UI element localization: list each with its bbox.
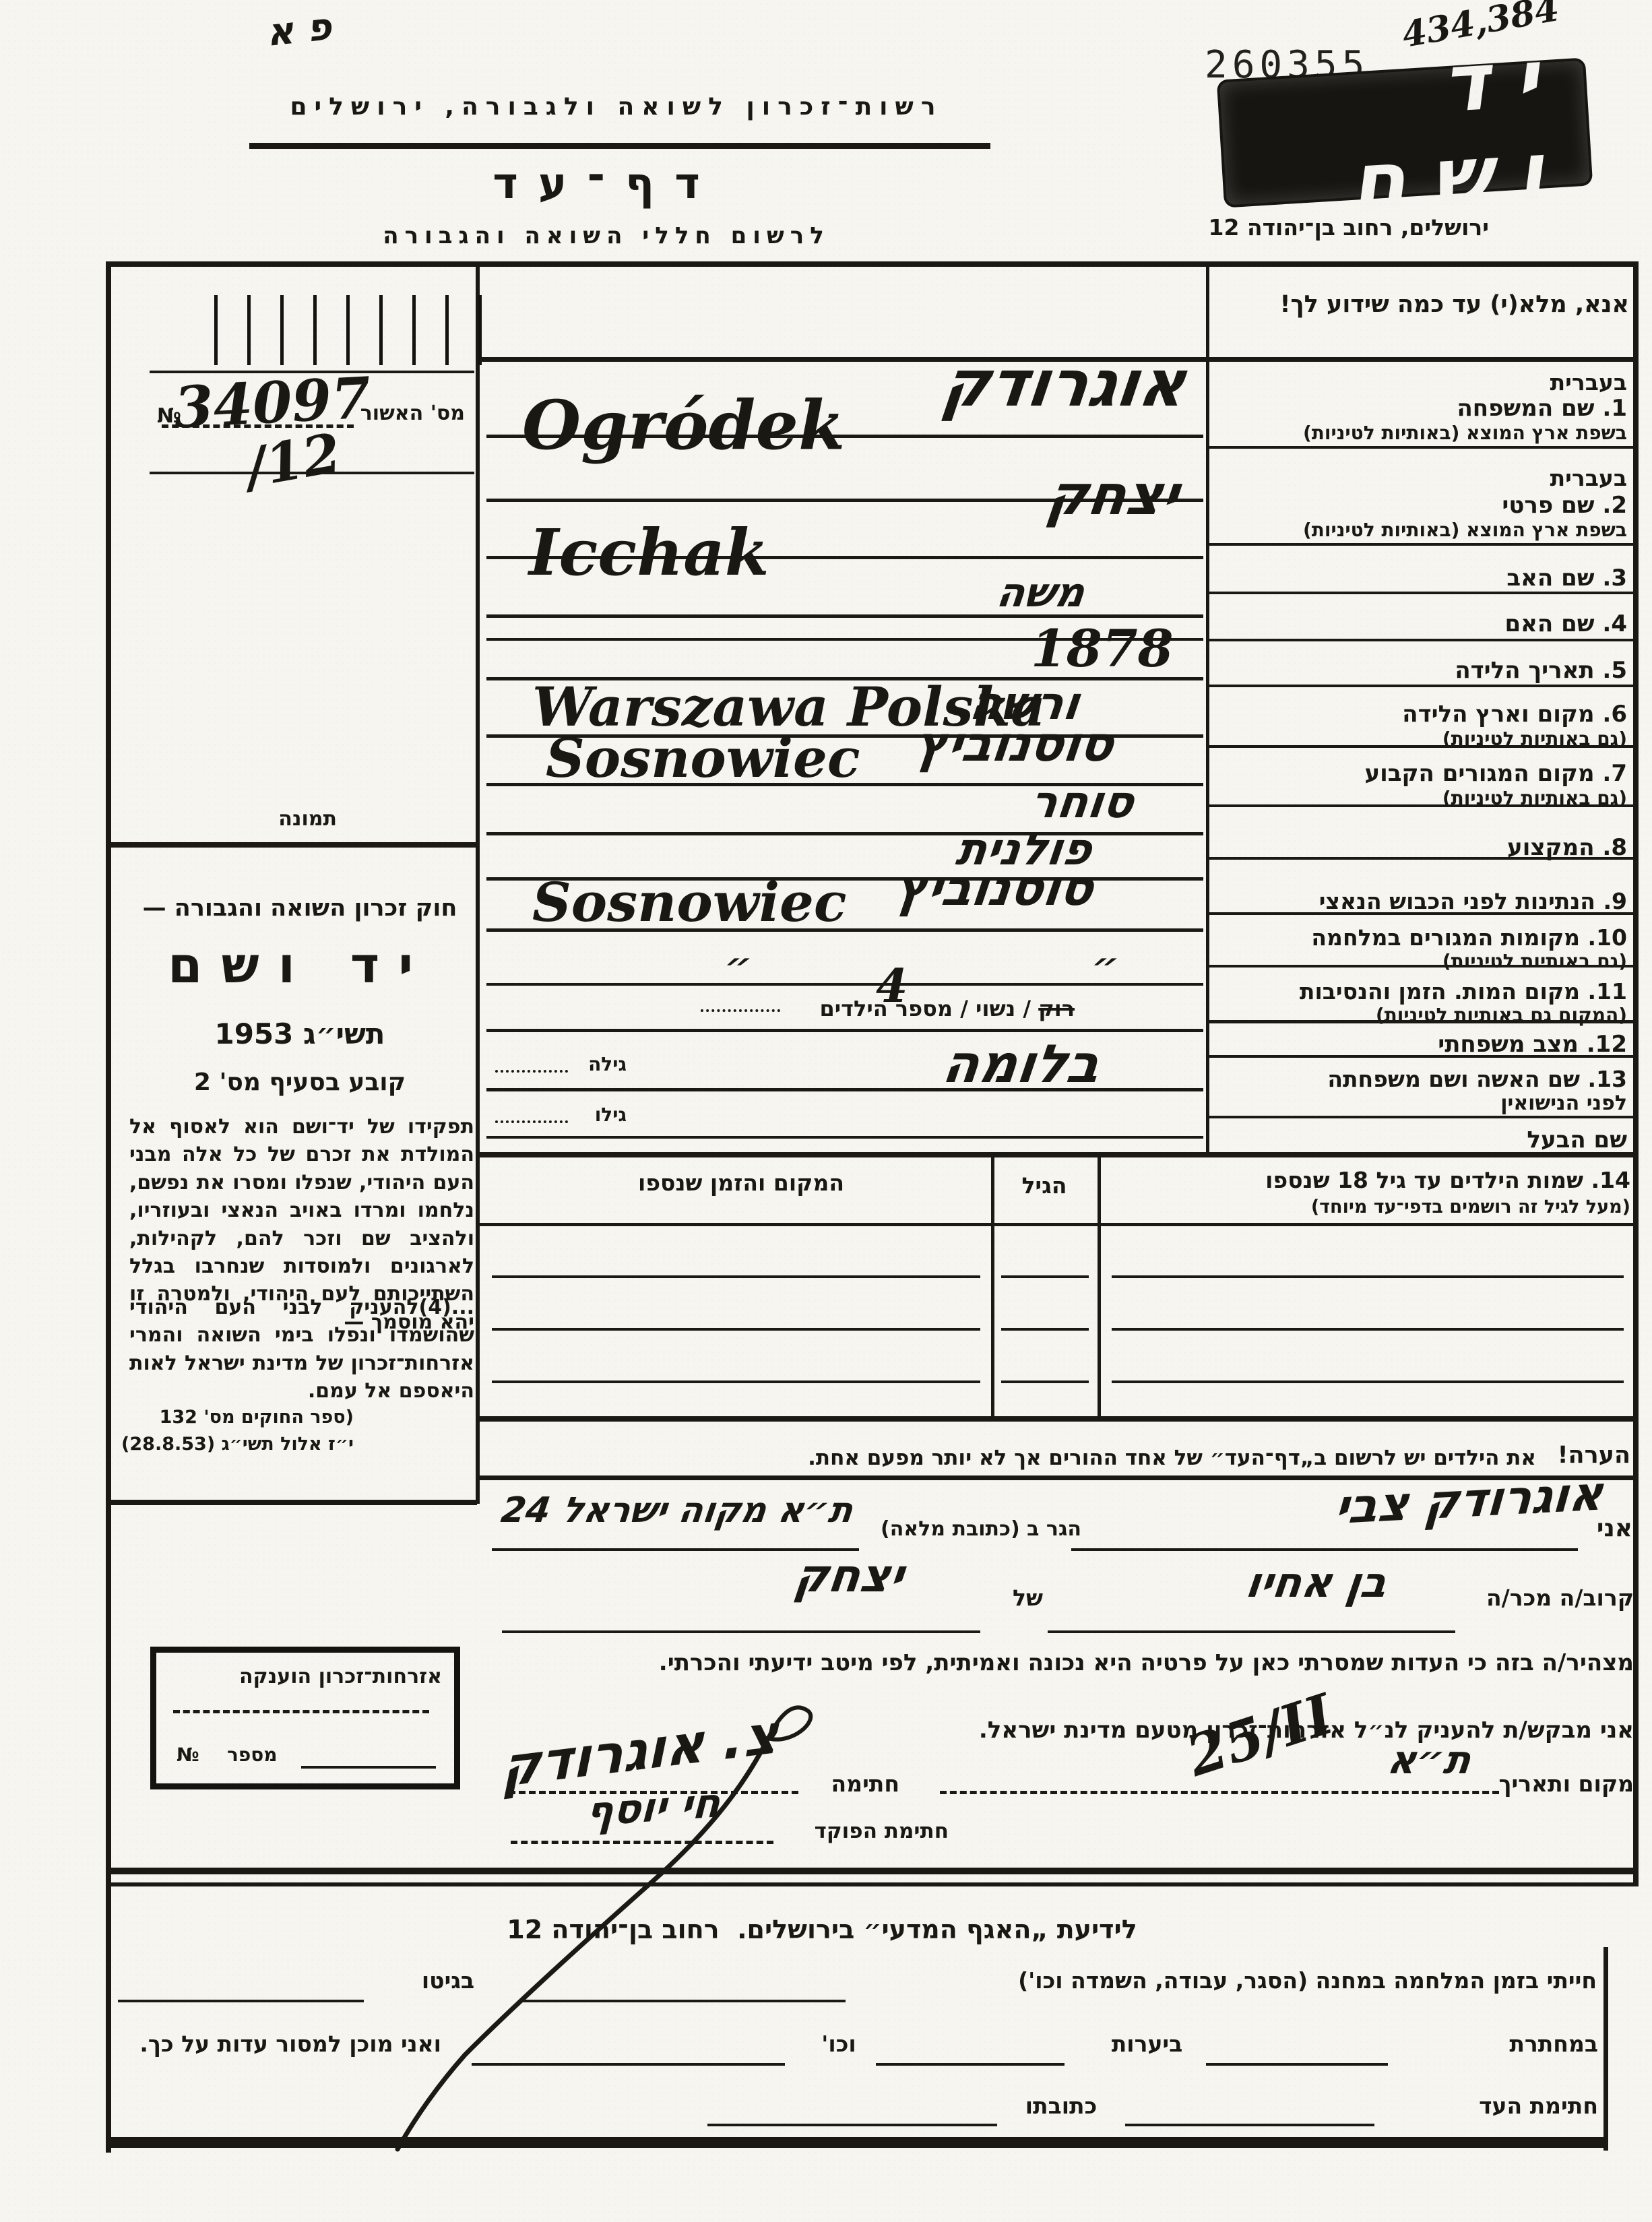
law-yad-vashem: יד ושם: [131, 937, 468, 994]
firstname-hebrew-value: יצחק: [1043, 464, 1183, 528]
relation-value: בן אחיו: [1243, 1558, 1390, 1607]
residence-hebrew-value: סוסנוביץ: [912, 716, 1117, 772]
label-rule-3: [1209, 592, 1635, 594]
section-double-rule-b: [106, 1882, 1639, 1886]
field5-label: 5. תאריך הלידה: [1213, 657, 1627, 684]
grant-number-label: מספר: [227, 1744, 278, 1766]
label-rule-2: [1209, 543, 1635, 546]
husband-name-label: שם הבעל: [1213, 1126, 1627, 1153]
children-age-header: הגיל: [991, 1172, 1098, 1199]
children-row-line: [492, 1328, 980, 1331]
frame-top: [106, 261, 1639, 267]
ghetto-label: בגיטו: [401, 1967, 495, 1994]
law-heading: חוק זכרון השואה והגבורה —: [131, 895, 468, 922]
ghetto-blank-line: [118, 2000, 364, 2002]
law-source-1: (ספר החוקים מס' 132: [131, 1407, 354, 1428]
children-row-line: [492, 1380, 980, 1383]
witness-signature-line: [1125, 2124, 1374, 2126]
birth-year-value: 1878: [1031, 618, 1174, 678]
header-divider: [249, 143, 990, 149]
label-rule-1: [1209, 446, 1635, 449]
grant-dashed-line: [173, 1710, 429, 1713]
children-table-bottom-rule: [480, 1416, 1635, 1422]
relation-label: קרוב/ה מכר/ה: [1462, 1585, 1634, 1611]
children-row-line: [1112, 1275, 1624, 1278]
surname-hebrew-value: אוגרודק: [938, 347, 1190, 421]
frame-right: [1633, 261, 1639, 1885]
grant-number-line: [301, 1766, 436, 1769]
firstname-latin-value: Icchak: [529, 515, 769, 590]
children-row-line: [1001, 1328, 1089, 1331]
form-subtitle: לרשום חללי השואה והגבורה: [317, 222, 896, 249]
children-row-line: [1112, 1328, 1624, 1331]
profession-value: סוחר: [1027, 776, 1137, 828]
surname-latin-value: Ogródek: [522, 385, 845, 465]
law-box-bottom-rule: [108, 1500, 477, 1505]
his-age-dotted-line: [495, 1120, 568, 1123]
children-row-line: [492, 1275, 980, 1278]
field7-label: 7. מקום המגורים הקבוע: [1213, 760, 1627, 787]
underground-label: במחתרת: [1415, 2031, 1598, 2057]
forests-blank-line: [876, 2063, 1065, 2066]
divider-left-column: [476, 264, 480, 1504]
forests-label: ביערות: [1098, 2031, 1196, 2057]
law-year: תשי״ג 1953: [131, 1017, 468, 1050]
label-rule-4: [1209, 639, 1635, 641]
page-of-testimony-scan: פ א 434,384 רשות־זכרון לשואה ולגבורה, יר…: [0, 0, 1652, 2222]
citizenship-grant-box: אזרחות־זכרון הוענקה № מספר: [150, 1647, 460, 1789]
relation-line: [1048, 1630, 1455, 1633]
grant-title: אזרחות־זכרון הוענקה: [172, 1665, 442, 1688]
residence-latin-value: Sosnowiec: [546, 726, 860, 790]
field2-label: 2. שם פרטי: [1213, 492, 1627, 519]
field13-label: 13. שם האשה ושם משפחתה: [1213, 1066, 1627, 1092]
organization-name: רשות־זכרון לשואה ולגבורה, ירושלים: [202, 93, 1031, 121]
note-bold: הערה!: [1546, 1442, 1630, 1469]
section-double-rule-a: [106, 1868, 1639, 1874]
write-line: [486, 832, 1203, 835]
label-rule-6: [1209, 745, 1635, 748]
marital-status-options: רוק / נשוי / מספר הילדים: [785, 996, 1075, 1021]
camp-blank-line: [519, 2000, 846, 2002]
field10-label: 10. מקומות המגורים במלחמה: [1213, 924, 1627, 951]
label-rule-8: [1209, 857, 1635, 860]
place-date-label: מקום ותאריך: [1506, 1771, 1634, 1797]
war-camp-label: חייתי בזמן המלחמה במחנה (הסגר, עבודה, הש…: [862, 1967, 1597, 1994]
write-line: [486, 1029, 1203, 1032]
wartime-residence-hebrew-value: סוסנוביץ: [892, 860, 1097, 916]
bottom-heavy-bar: [106, 2137, 1608, 2148]
note-text: את הילדים יש לרשום ב„דף־העד״ של אחד ההור…: [593, 1446, 1536, 1470]
of-line: [502, 1630, 980, 1633]
law-body-text-2: ...(4)להעניק לבני העם היהודי שהושמדו ונפ…: [129, 1294, 474, 1405]
label-rule-9: [1209, 912, 1635, 915]
bottom-box-right-border: [1603, 1947, 1608, 2151]
declarant-name-line: [1071, 1548, 1578, 1551]
label-rule-10: [1209, 965, 1635, 967]
grant-no-symbol: №: [177, 1744, 199, 1766]
fill-prompt: אנא, מלא(י) עד כמה שידוע לך!: [1213, 291, 1629, 318]
wartime-residence-latin-value: Sosnowiec: [532, 870, 847, 934]
children-table-vline-2: [1098, 1152, 1101, 1418]
label-rule-7: [1209, 804, 1635, 807]
stamp-address: ירושלים, רחוב בן־יהודה 12: [1139, 214, 1489, 241]
yad-vashem-stamp-icon: יד ושם: [1219, 61, 1590, 205]
field3-label: 3. שם האב: [1213, 565, 1627, 592]
scientific-branch-info: לידיעת „האגף המדעי״ בירושלים. רחוב בן־יה…: [458, 1915, 1186, 1944]
children-row-line: [1001, 1380, 1089, 1383]
of-value: יצחק: [791, 1550, 907, 1603]
label-rule-12: [1209, 1055, 1635, 1058]
children-names-header: 14. שמות הילדים עד גיל 18 שנספו: [1112, 1167, 1630, 1193]
place-value: ת״א: [1385, 1737, 1474, 1783]
form-title: דף־עד: [404, 159, 808, 209]
photo-placeholder-label: תמונה: [256, 807, 337, 831]
law-box-top-rule: [108, 842, 477, 848]
ditto-mark-right: ״: [1088, 945, 1121, 988]
field2-sublabel: בשפת ארץ המוצא (באותיות לטיניות): [1213, 519, 1627, 541]
handwritten-note-top-left: פ א: [264, 5, 333, 55]
her-age-dotted-line: [495, 1070, 568, 1073]
her-age-label: גילה: [573, 1053, 627, 1075]
write-line: [486, 1136, 1203, 1139]
field6-label: 6. מקום וארץ הלידה: [1213, 701, 1627, 728]
field11-label: 11. מקום המות. הזמן והנסיבות: [1213, 978, 1627, 1005]
resides-label: הגר ב (כתובת מלאה): [859, 1517, 1081, 1541]
marital-dotted-line: [701, 1009, 780, 1012]
children-table-vline-1: [991, 1152, 994, 1418]
label-rule-5: [1209, 685, 1635, 687]
place-date-line: [940, 1791, 1499, 1794]
etc-blank-line: [472, 2063, 785, 2066]
field10-sublabel: (גם באותיות לטיניות): [1213, 950, 1627, 972]
witness-address-label: כתובתו: [1007, 2093, 1115, 2119]
children-place-header: המקום והזמן שנספו: [519, 1170, 963, 1196]
father-name-value: משה: [994, 569, 1087, 616]
field4-label: 4. שם האם: [1213, 610, 1627, 637]
etc-label: וכו': [808, 2031, 869, 2057]
law-section: קובע בסעיף מס' 2: [131, 1069, 468, 1096]
approval-number-label: מס' האשור: [364, 402, 465, 425]
write-line: [486, 614, 1203, 618]
law-source-2: י״ז אלול תשי״ג (28.8.53): [131, 1434, 354, 1455]
wife-name-value: בלומה: [939, 1034, 1104, 1095]
label-rule-13: [1209, 1116, 1635, 1118]
stamp-logo-text: יד ושם: [1217, 29, 1592, 236]
of-label: של: [989, 1585, 1043, 1611]
date-value: 25/II: [1180, 1682, 1341, 1789]
approval-number-value: 34097: [172, 364, 373, 441]
field2-hebrew-label: בעברית: [1213, 465, 1627, 491]
willing-to-testify-label: ואני מוכן למסור עדות על כך.: [118, 2031, 441, 2057]
children-row-line: [1112, 1380, 1624, 1383]
field13-sublabel: לפני הנישואין: [1213, 1091, 1627, 1115]
tally-marks-icon: [165, 295, 482, 365]
children-names-subheader: (מעל לגיל זה רושמים בדפי־עד מיוחד): [1112, 1197, 1630, 1217]
field12-label: 12. מצב משפחתי: [1213, 1031, 1627, 1058]
field9-label: 9. הנתינות לפני הכבוש הנאצי: [1213, 888, 1627, 914]
his-age-label: גילו: [573, 1104, 627, 1126]
approval-rule-bottom: [150, 472, 474, 474]
children-row-line: [1001, 1275, 1089, 1278]
children-header-rule: [480, 1223, 1635, 1226]
field1-label: 1. שם המשפחה: [1213, 395, 1627, 422]
label-rule-11: [1209, 1020, 1635, 1023]
children-table-top-rule: [480, 1152, 1635, 1157]
witness-address-line: [707, 2124, 997, 2126]
underground-blank-line: [1206, 2063, 1388, 2066]
field1-sublabel: בשפת ארץ המוצא (באותיות לטיניות): [1213, 422, 1627, 444]
field1-hebrew-label: בעברית: [1213, 369, 1627, 395]
declarant-address-value: ת״א מקוה ישראל 24: [493, 1490, 862, 1531]
witness-signature-label: חתימת העד: [1449, 2093, 1598, 2119]
ditto-mark-left: ״: [721, 945, 754, 988]
